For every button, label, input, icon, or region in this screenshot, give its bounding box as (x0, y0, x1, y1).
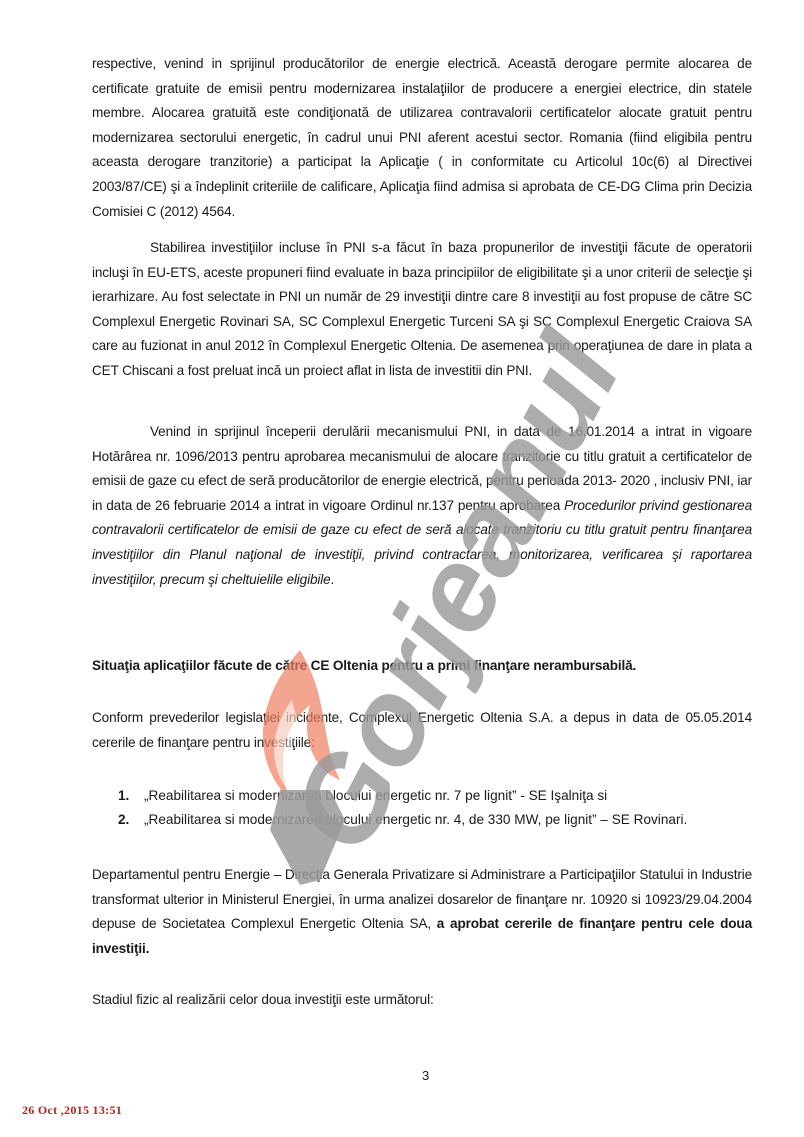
section-heading: Situaţia aplicaţiilor făcute de către CE… (92, 654, 752, 679)
investment-list: 1. „Reabilitarea si modernizarea bloculu… (118, 784, 758, 832)
paragraph-end: . (331, 572, 335, 587)
list-item: 2. „Reabilitarea si modernizarea bloculu… (118, 808, 758, 832)
scan-timestamp: 26 Oct ,2015 13:51 (22, 1103, 122, 1118)
paragraph-pni-mechanism: Venind in sprijinul începerii derulării … (92, 420, 752, 592)
list-item: 1. „Reabilitarea si modernizarea bloculu… (118, 784, 758, 808)
paragraph-pni-investments: Stabilirea investiţiilor incluse în PNI … (92, 236, 752, 384)
paragraph-applications: Conform prevederilor legislaţiei inciden… (92, 706, 752, 755)
paragraph-approval: Departamentul pentru Energie – Direcţia … (92, 863, 752, 961)
paragraph-physical-status: Stadiul fizic al realizării celor doua i… (92, 988, 752, 1013)
paragraph-derogation: respective, venind in sprijinul producăt… (92, 52, 752, 224)
list-item-text: „Reabilitarea si modernizarea blocului e… (144, 784, 607, 808)
page-number: 3 (422, 1068, 429, 1083)
document-page: respective, venind in sprijinul producăt… (0, 0, 804, 1137)
list-item-number: 1. (118, 784, 144, 808)
list-item-number: 2. (118, 808, 144, 832)
list-item-text: „Reabilitarea si modernizarea blocului e… (144, 808, 687, 832)
